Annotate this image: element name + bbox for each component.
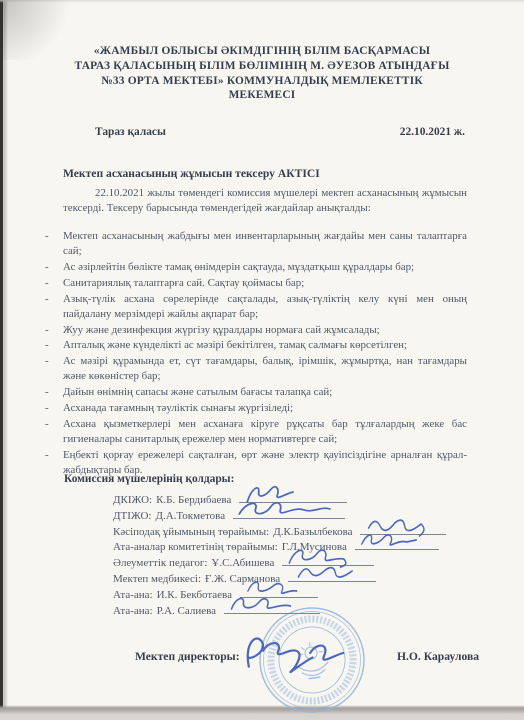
finding-item: Асхана қызметкерлері мен асханаға кіруге… (45, 417, 467, 447)
finding-item: Санитариялық талаптарға сай. Сақтау қойм… (45, 276, 467, 291)
signatory-name: Р.А. Салиева (157, 605, 216, 617)
org-header-line: МЕКЕМЕСІ (48, 88, 476, 103)
findings-list: Мектеп асханасының жабдығы мен инвентарл… (45, 229, 467, 479)
signatory-name: Д.А.Токметова (155, 510, 225, 522)
finding-item: Ас мәзірі құрамында ет, сүт тағамдары, б… (45, 354, 467, 384)
finding-item: Асханада тағамның тәуліктік сынағы жүргі… (45, 401, 467, 416)
signatory-title: Әлеуметтік педагог: (113, 557, 207, 569)
director-handwritten-signature-icon (237, 628, 355, 678)
signature-line (233, 508, 345, 519)
handwritten-signature-icon (235, 498, 343, 522)
signatory-name: Ұ.С.Абишева (211, 557, 274, 569)
finding-item: Апталық және күнделікті ас мәзірі бекіті… (45, 338, 467, 353)
city-date-row: Тараз қаласы 22.10.2021 ж. (95, 126, 465, 138)
director-name: Н.О. Караулова (397, 650, 479, 663)
scan-edge-left (0, 0, 8, 720)
city-label: Тараз қаласы (95, 126, 166, 138)
signatory-title: Ата-ана: (113, 589, 153, 601)
finding-item: Жуу және дезинфекция жүргізу құралдары н… (45, 323, 467, 338)
intro-paragraph: 22.10.2021 жылы төмендегі комиссия мүшел… (63, 186, 467, 216)
director-label: Мектеп директоры: (135, 650, 240, 663)
finding-item: Дайын өнімнің сапасы және сатылым бағасы… (45, 385, 467, 400)
signatory-title: Ата-ана: (113, 605, 153, 617)
signatory-row: Ата-ана:Р.А. Салиева (113, 603, 473, 619)
scanned-act-document: «ЖАМБЫЛ ОБЛЫСЫ ӘКІМДІГІНІҢ БІЛІМ БАСҚАРМ… (0, 0, 524, 720)
signatory-title: ДТІЖО: (113, 510, 151, 522)
org-header-line: ТАРАЗ ҚАЛАСЫНЫҢ БІЛІМ БӨЛІМІНІҢ М. ӘУЕЗО… (48, 59, 476, 74)
organization-header: «ЖАМБЫЛ ОБЛЫСЫ ӘКІМДІГІНІҢ БІЛІМ БАСҚАРМ… (48, 44, 476, 103)
signatories-list: ДКІЖО:К.Б. Бердибаева ДТІЖО:Д.А.Токметов… (113, 492, 473, 618)
document-date: 22.10.2021 ж. (400, 126, 465, 138)
handwritten-signature-icon (226, 593, 318, 617)
signatory-name: И.К. Бекботаева (157, 589, 232, 601)
finding-item: Мектеп асханасының жабдығы мен инвентарл… (45, 229, 467, 259)
signatory-title: Ата-аналар комитетінің төрайымы: (113, 541, 278, 553)
signatory-title: ДКІЖО: (113, 494, 152, 506)
signatory-name: Д.К.Базылбекова (273, 526, 352, 538)
signatures-heading: Комиссия мүшелерінің қолдары: (64, 473, 234, 485)
finding-item: Азық-түлік асхана сөрелерінде сақталады,… (45, 292, 467, 322)
signatory-name: К.Б. Бердибаева (156, 494, 231, 506)
act-title: Мектеп асханасының жұмысын тексеру АКТІС… (63, 167, 473, 180)
org-header-line: «ЖАМБЫЛ ОБЛЫСЫ ӘКІМДІГІНІҢ БІЛІМ БАСҚАРМ… (48, 44, 476, 59)
org-header-line: №33 ОРТА МЕКТЕБІ» КОММУНАЛДЫҚ МЕМЛЕКЕТТІ… (48, 74, 476, 89)
signature-line (224, 603, 320, 614)
signatory-title: Кәсіподақ ұйымының төрайымы: (113, 526, 269, 538)
signatory-title: Мектеп медбикесі: (113, 573, 201, 585)
finding-item: Ас әзірлейтін бөлікте тамақ өнімдерін са… (45, 260, 467, 275)
